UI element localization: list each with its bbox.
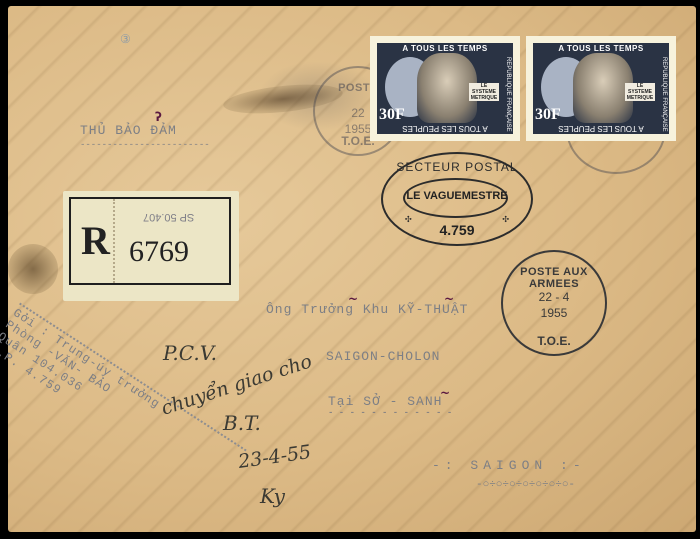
postmark-day: 22 - 4 bbox=[503, 290, 605, 304]
handwritten-initials: B.T. bbox=[223, 411, 261, 435]
recipient-line-1: Ông Trưởng Khu KỸ-THUẬT bbox=[266, 302, 468, 317]
stamp-top-text: A TOUS LES TEMPS bbox=[377, 44, 513, 53]
postmark-poste-aux-armees: POSTE AUX ARMEES 22 - 4 1955 T.O.E. bbox=[501, 250, 607, 356]
pen-accent: ~ bbox=[348, 292, 358, 306]
stamp-bottom-text: A TOUS LES PEUPLES bbox=[377, 124, 513, 133]
stamp: A TOUS LES TEMPS LE SYSTEME METRIQUE REP… bbox=[526, 36, 676, 141]
envelope: ③ THỦ BẢO ĐẢM ------------------------ P… bbox=[8, 6, 696, 532]
recipient-line-2: SAIGON-CHOLON bbox=[326, 349, 440, 364]
sender-line: THỦ BẢO ĐẢM bbox=[80, 123, 177, 138]
registration-small-text: SP 50.407 bbox=[143, 211, 194, 223]
secteur-postal-cachet: SECTEUR POSTAL LE VAGUEMESTRE ✣ ✣ 4.759 bbox=[381, 152, 533, 246]
stain-left bbox=[8, 244, 58, 294]
handwritten-pcv: P.C.V. bbox=[163, 341, 217, 365]
handwritten-date: 23-4-55 bbox=[237, 441, 313, 473]
recipient-line-3: Tại SỞ - SANH bbox=[328, 394, 442, 409]
winged-figure-icon bbox=[417, 53, 477, 123]
stamp-side-text: REPUBLIQUE FRANÇAISE bbox=[505, 57, 511, 132]
postmark-year: 1955 bbox=[503, 306, 605, 320]
recipient-ornament-line: -○÷○÷○÷○÷○÷○÷○- bbox=[476, 479, 575, 491]
registration-number: 6769 bbox=[129, 235, 189, 269]
stamp-value: 30F bbox=[379, 106, 405, 124]
cachet-bottom: 4.759 bbox=[383, 222, 531, 238]
registration-label: R SP 50.407 6769 bbox=[63, 191, 239, 301]
sender-underline: ------------------------ bbox=[80, 140, 210, 150]
registration-letter: R bbox=[81, 217, 110, 264]
stamp-top-text: A TOUS LES TEMPS bbox=[533, 44, 669, 53]
handwritten-signature: Ky bbox=[260, 484, 285, 508]
recipient-line-3-underline: - - - - - - - - - - - - bbox=[328, 408, 452, 418]
stamp-value: 30F bbox=[535, 106, 561, 124]
pencil-mark: ③ bbox=[120, 32, 132, 47]
stamp-bottom-text: A TOUS LES PEUPLES bbox=[533, 124, 669, 133]
postmark-bottom: T.O.E. bbox=[503, 334, 605, 348]
stamp: A TOUS LES TEMPS LE SYSTEME METRIQUE REP… bbox=[370, 36, 520, 141]
pen-accent: ~ bbox=[440, 386, 450, 400]
recipient-city: -: SAIGON :- bbox=[432, 458, 586, 473]
stamp-caption: LE SYSTEME METRIQUE bbox=[625, 83, 655, 101]
cachet-middle: LE VAGUEMESTRE bbox=[383, 190, 531, 202]
stamp-caption: LE SYSTEME METRIQUE bbox=[469, 83, 499, 101]
cachet-top: SECTEUR POSTAL bbox=[383, 160, 531, 174]
pen-accent: ʔ bbox=[155, 110, 162, 124]
return-address-diagonal: Gởi : Trung-úy trưởng Phòng -VĂN- BẢO Qu… bbox=[0, 306, 162, 447]
winged-figure-icon bbox=[573, 53, 633, 123]
perforation-divider bbox=[113, 199, 115, 283]
pen-accent: ~ bbox=[444, 292, 454, 306]
stamp-side-text: REPUBLIQUE FRANÇAISE bbox=[661, 57, 667, 132]
postmark-arc: POSTE AUX ARMEES bbox=[503, 266, 605, 290]
